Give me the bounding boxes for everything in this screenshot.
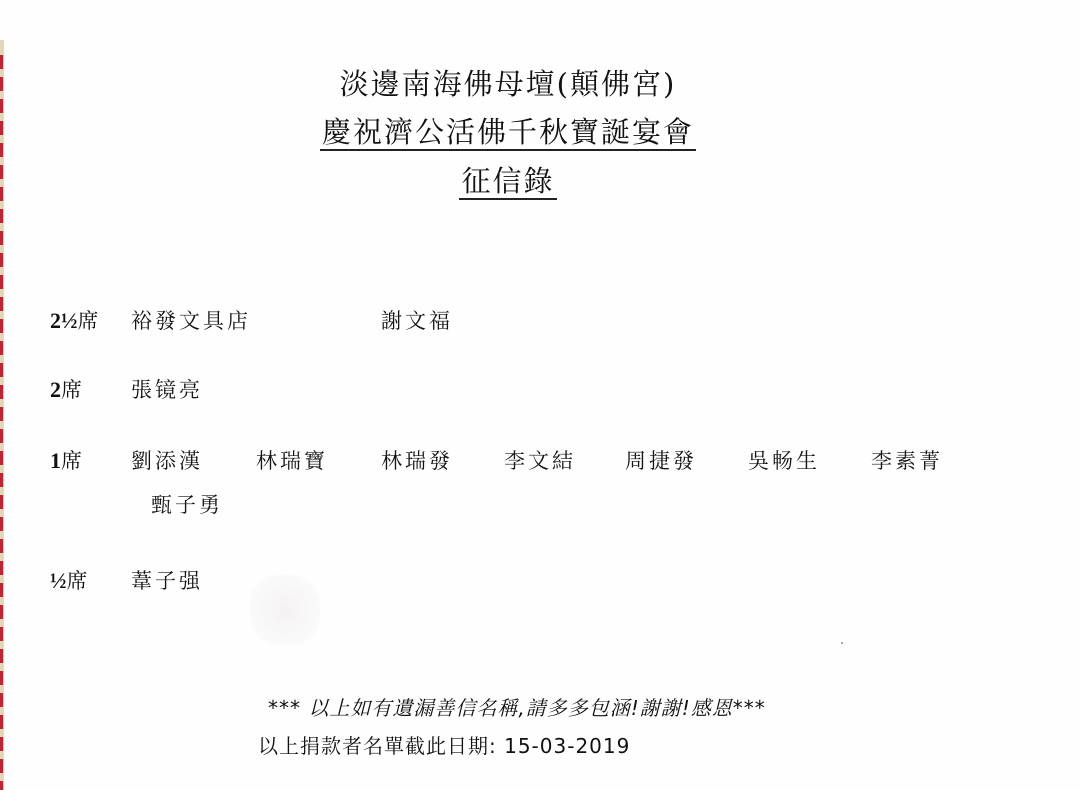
donor-name: 吳畅生 (748, 445, 820, 475)
document-title: 征信錄 (459, 164, 556, 200)
tier-label-0-5: ½席 (50, 565, 88, 595)
tier-label-1: 1席 (50, 445, 82, 475)
cutoff-date: 15-03-2019 (504, 734, 630, 758)
tier-amount: ½ (50, 568, 67, 593)
scan-speck (841, 642, 843, 644)
donor-name: 裕發文具店 (131, 305, 251, 335)
donor-name: 劉添漢 (131, 445, 203, 475)
tier-label-2-5: 2½席 (50, 305, 99, 335)
event-title-heading: 慶祝濟公活佛千秋寶誕宴會 (0, 115, 1016, 151)
donor-name: 李文結 (504, 445, 576, 475)
scanned-document-page: 淡邊南海佛母壇(顛佛宮) 慶祝濟公活佛千秋寶誕宴會 征信錄 2½席 裕發文具店 … (0, 0, 1080, 790)
donor-name: 林瑞寶 (256, 445, 328, 475)
scan-smudge (250, 575, 320, 645)
donor-name: 張镜亮 (131, 374, 203, 404)
event-title: 慶祝濟公活佛千秋寶誕宴會 (320, 115, 696, 151)
tier-label-2: 2席 (50, 374, 82, 404)
tier-unit: 席 (61, 378, 82, 402)
donor-name: 葦子强 (131, 565, 203, 595)
document-title-heading: 征信錄 (0, 164, 1016, 200)
donor-name: 甄子勇 (151, 489, 223, 519)
tier-amount: 2½ (50, 308, 78, 333)
apology-note: *** 以上如有遺漏善信名稱,請多多包涵!謝謝!感恩*** (268, 692, 766, 721)
donor-name: 周捷發 (625, 445, 697, 475)
temple-name: 淡邊南海佛母壇(顛佛宮) (338, 62, 679, 103)
cutoff-date-line: 以上捐款者名單截此日期: 15-03-2019 (258, 730, 630, 759)
tier-unit: 席 (67, 569, 88, 593)
donor-name: 林瑞發 (381, 445, 453, 475)
tier-unit: 席 (78, 309, 99, 333)
cutoff-label: 以上捐款者名單截此日期: (258, 734, 497, 758)
tier-amount: 1 (50, 448, 61, 473)
donor-name: 謝文福 (381, 305, 453, 335)
tier-amount: 2 (50, 377, 61, 402)
tier-unit: 席 (61, 449, 82, 473)
temple-name-heading: 淡邊南海佛母壇(顛佛宮) (0, 62, 1016, 103)
donor-name: 李素菁 (871, 445, 943, 475)
